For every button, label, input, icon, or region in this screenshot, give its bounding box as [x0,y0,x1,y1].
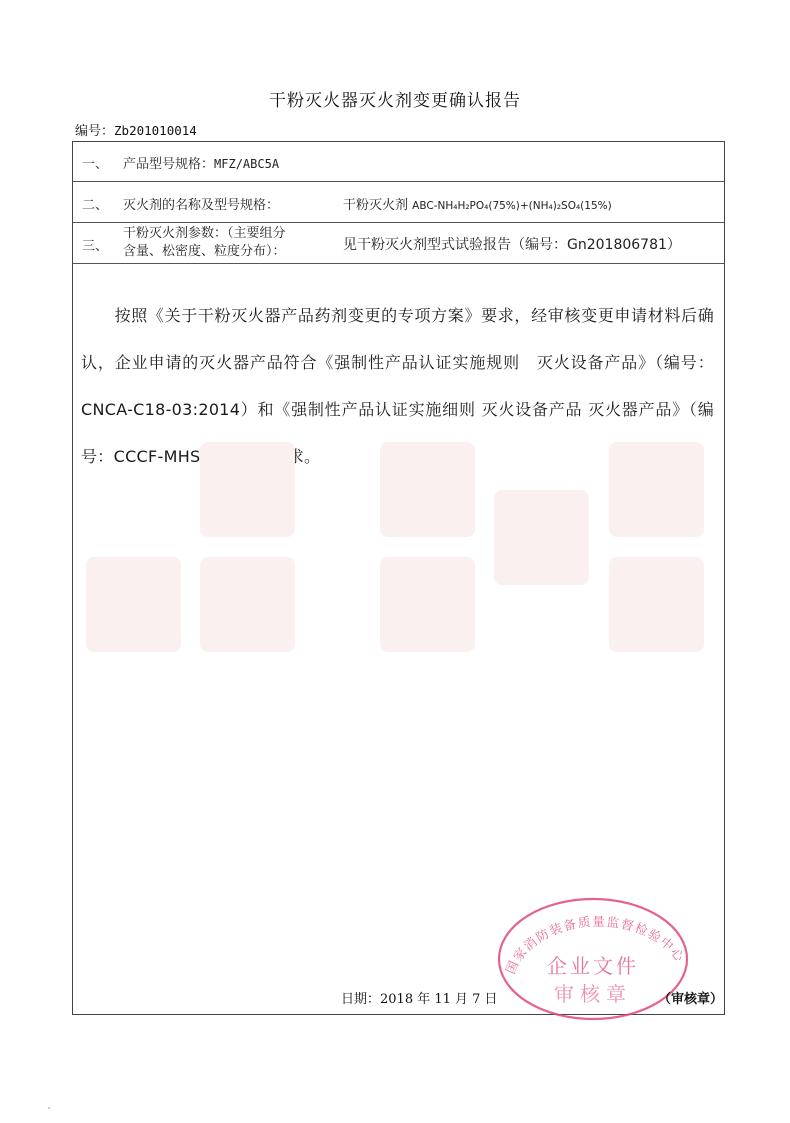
agent-params-label-line1: 干粉灭火剂参数：（主要组分 [123,226,286,241]
seal-label: （审核章） [658,988,723,1007]
document-number-value: Zb201010014 [114,123,197,138]
agent-params-value: 见干粉灭火剂型式试验报告（编号：Gn201806781） [343,234,681,254]
redaction-block [200,557,295,652]
scan-speck [48,1107,50,1109]
redaction-block [200,442,295,537]
agent-name-prefix: 干粉灭火剂 [343,198,408,213]
product-model-value: MFZ/ABC5A [214,157,279,171]
report-table: 一、 产品型号规格：MFZ/ABC5A 二、 灭火剂的名称及型号规格： 干粉灭火… [72,141,725,1015]
seal-center-line1: 企业文件 [547,954,639,978]
agent-params-label: 干粉灭火剂参数：（主要组分 含量、松密度、粒度分布）： [123,225,286,261]
redaction-block [494,490,589,585]
agent-formula: ABC-NH₄H₂PO₄(75%)+(NH₄)₂SO₄(15%) [412,200,612,212]
row-agent-name: 二、 灭火剂的名称及型号规格： 干粉灭火剂 ABC-NH₄H₂PO₄(75%)+… [73,182,724,223]
row-index: 三、 [82,235,108,254]
document-number: 编号：Zb201010014 [75,120,197,139]
agent-params-label-line2: 含量、松密度、粒度分布）： [123,244,286,259]
redaction-block [380,557,475,652]
redaction-block [609,557,704,652]
row-agent-params: 三、 干粉灭火剂参数：（主要组分 含量、松密度、粒度分布）： 见干粉灭火剂型式试… [73,223,724,264]
seal-center-line2: 审核章 [554,982,632,1006]
agent-name-label: 灭火剂的名称及型号规格： [123,194,279,213]
redaction-block [609,442,704,537]
redaction-block [380,442,475,537]
row-product-model: 一、 产品型号规格：MFZ/ABC5A [73,142,724,182]
row-label: 产品型号规格：MFZ/ABC5A [123,153,279,172]
report-date: 日期：2018 年 11 月 7 日 [341,988,498,1007]
product-model-label: 产品型号规格： [123,157,214,172]
row-index: 二、 [82,194,108,213]
row-index: 一、 [82,153,108,172]
redaction-block [86,557,181,652]
document-title: 干粉灭火器灭火剂变更确认报告 [0,86,790,111]
agent-name-value: 干粉灭火剂 ABC-NH₄H₂PO₄(75%)+(NH₄)₂SO₄(15%) [343,194,612,213]
document-number-label: 编号： [75,124,114,139]
